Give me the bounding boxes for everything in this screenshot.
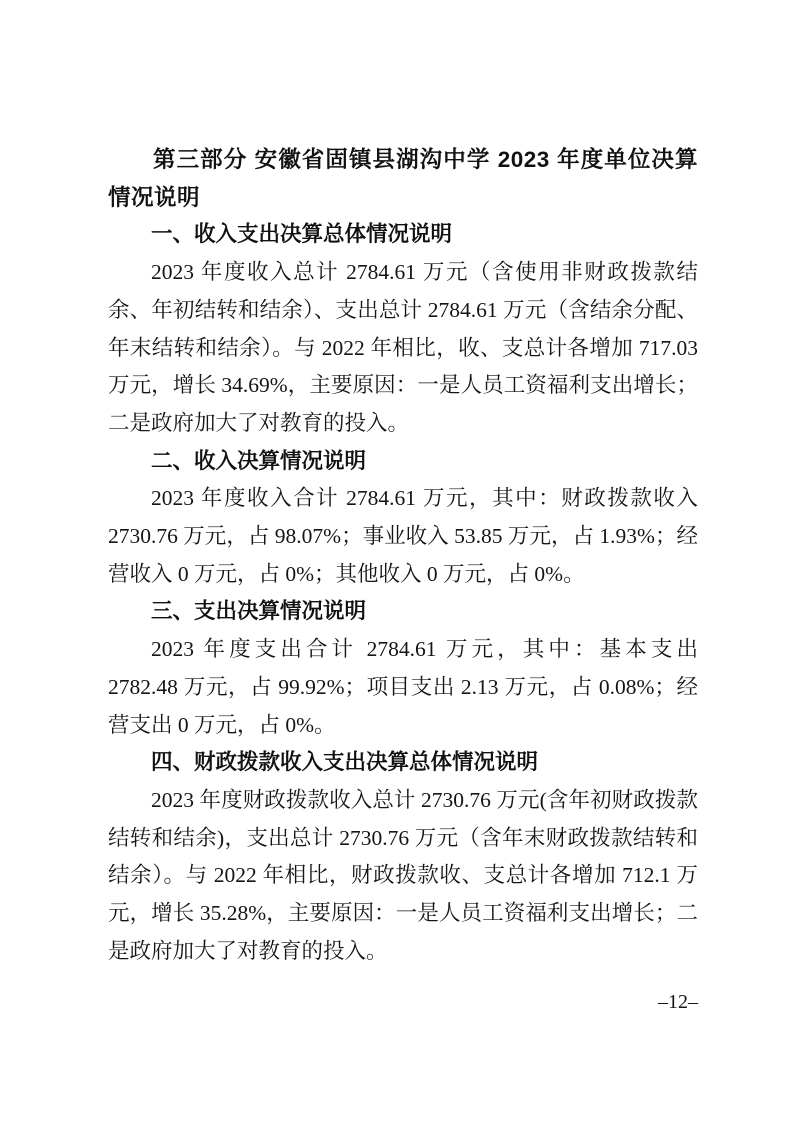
section-3-paragraph: 2023 年度支出合计 2784.61 万元，其中：基本支出 2782.48 万… [108,631,698,744]
section-3-heading: 三、支出决算情况说明 [108,593,698,631]
section-income-expenditure-overview: 一、收入支出决算总体情况说明 2023 年度收入总计 2784.61 万元（含使… [108,216,698,442]
section-4-heading: 四、财政拨款收入支出决算总体情况说明 [108,744,698,782]
section-2-paragraph: 2023 年度收入合计 2784.61 万元，其中：财政拨款收入 2730.76… [108,480,698,593]
section-2-heading: 二、收入决算情况说明 [108,443,698,481]
section-1-heading: 一、收入支出决算总体情况说明 [108,216,698,254]
document-content: 第三部分 安徽省固镇县湖沟中学 2023 年度单位决算情况说明 一、收入支出决算… [108,141,698,970]
document-title: 第三部分 安徽省固镇县湖沟中学 2023 年度单位决算情况说明 [108,141,698,216]
section-4-paragraph: 2023 年度财政拨款收入总计 2730.76 万元(含年初财政拨款结转和结余)… [108,782,698,971]
section-expenditure-details: 三、支出决算情况说明 2023 年度支出合计 2784.61 万元，其中：基本支… [108,593,698,744]
section-fiscal-appropriation-overview: 四、财政拨款收入支出决算总体情况说明 2023 年度财政拨款收入总计 2730.… [108,744,698,970]
section-1-paragraph: 2023 年度收入总计 2784.61 万元（含使用非财政拨款结余、年初结转和结… [108,254,698,443]
section-income-details: 二、收入决算情况说明 2023 年度收入合计 2784.61 万元，其中：财政拨… [108,443,698,594]
page-number: –12– [658,991,698,1013]
document-page: 第三部分 安徽省固镇县湖沟中学 2023 年度单位决算情况说明 一、收入支出决算… [0,0,793,1122]
